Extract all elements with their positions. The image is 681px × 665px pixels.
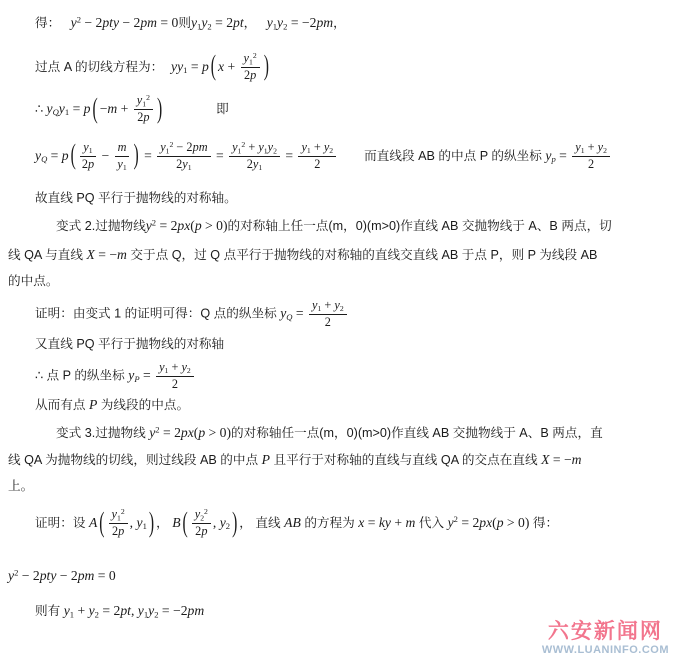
math-var: p <box>250 68 256 82</box>
math-var: pm <box>316 15 333 30</box>
fraction-denominator: 2 <box>586 157 596 173</box>
fraction-denominator: 2y1 <box>174 157 193 173</box>
math-sub: 2 <box>329 146 333 155</box>
text-run: 证明：由变式 1 的证明可得：Q 点的纵坐标 <box>35 307 280 321</box>
doc-line: 上。 <box>0 476 681 497</box>
math-op: , <box>130 515 137 530</box>
math-op: = <box>556 148 571 163</box>
math-paren: ( <box>99 501 104 546</box>
math-fraction: y122p <box>241 51 260 84</box>
text-run: ， <box>156 516 172 530</box>
text-run: 又直线 PQ 平行于抛物线的对称轴 <box>35 337 224 351</box>
math-var: m <box>405 515 415 530</box>
doc-line: ∴ yQy1 = p(−m + y122p)即 <box>0 92 681 127</box>
doc-line: 线 QA 为抛物线的切线，则过线段 AB 的中点 P 且平行于对称轴的直线与直线… <box>0 449 681 471</box>
text-run: 过点 A 的切线方程为： <box>35 59 163 73</box>
math-op: + <box>224 58 239 73</box>
math-op: = − <box>287 15 309 30</box>
fraction-denominator: 2 <box>323 315 333 331</box>
math-op: = <box>141 148 156 163</box>
math-paren: ) <box>133 134 138 179</box>
text-run: ， <box>333 16 346 30</box>
math-num: 2 <box>181 603 188 618</box>
math-var: ky <box>379 515 391 530</box>
math-op: = <box>47 148 62 163</box>
math-sub: 1 <box>89 146 93 155</box>
math-fraction: y222p <box>192 507 211 540</box>
math-op: − <box>173 140 186 154</box>
math-op: − <box>119 15 134 30</box>
text-run: 交于点 Q，过 Q 点平行于抛物线的对称轴的直线交直线 AB 于点 P，则 P … <box>127 248 598 262</box>
math-op: = <box>99 603 114 618</box>
text-run: 变式 2.过抛物线 <box>56 219 146 233</box>
doc-line: 又直线 PQ 平行于抛物线的对称轴 <box>0 334 681 355</box>
text-run: 的对称轴任一点(m，0)(m>0)作直线 AB 交抛物线于 A、B 两点，直 <box>231 426 603 440</box>
math-var: m <box>117 247 127 262</box>
math-num: 0 <box>518 515 525 530</box>
math-sub: 2 <box>340 304 344 313</box>
math-sup: 2 <box>146 93 150 102</box>
math-fraction: y122p <box>109 507 128 540</box>
math-sub: 2 <box>273 146 277 155</box>
text-run: 从而有点 <box>35 398 89 412</box>
math-op: + <box>311 140 324 154</box>
math-sup: 2 <box>204 507 208 516</box>
text-run: 上。 <box>8 479 33 493</box>
math-sub: 2 <box>187 366 191 375</box>
fraction-denominator: 2 <box>170 377 180 393</box>
math-var: m <box>572 452 582 467</box>
math-var: X <box>86 247 94 262</box>
math-var: pt <box>120 603 131 618</box>
math-var: p <box>118 524 124 538</box>
fraction-numerator: y22 <box>192 507 211 524</box>
math-op: + <box>391 515 406 530</box>
math-op: > <box>205 425 220 440</box>
fraction-numerator: y12 + y1y2 <box>229 140 280 157</box>
math-sub: 2 <box>603 146 607 155</box>
math-var: p <box>497 515 504 530</box>
text-run: ∴ <box>35 102 47 116</box>
math-var: px <box>177 218 190 233</box>
math-op: + <box>245 140 258 154</box>
doc-line: 故直线 PQ 平行于抛物线的对称轴。 <box>0 188 681 209</box>
math-num: 0 <box>216 218 223 233</box>
math-num: 2 <box>325 315 331 329</box>
math-op: + <box>585 140 598 154</box>
math-paren: ) <box>264 45 269 90</box>
text-run: 得： <box>529 516 558 530</box>
fraction-denominator: 2p <box>135 110 151 126</box>
math-op: = − <box>158 603 180 618</box>
doc-line: 从而有点 P 为线段的中点。 <box>0 394 681 416</box>
text-run: 线 QA 为抛物线的切线，则过线段 AB 的中点 <box>8 453 262 467</box>
math-op: = <box>364 515 379 530</box>
watermark-logo: 六安新闻网 WWW.LUANINFO.COM <box>542 620 669 657</box>
math-var: AB <box>284 515 301 530</box>
math-fraction: y1 + y22 <box>298 140 336 172</box>
math-var: pt <box>233 15 244 30</box>
math-paren: ) <box>157 87 162 132</box>
math-paren: ( <box>211 45 216 90</box>
math-num: 2 <box>314 157 320 171</box>
math-op: − <box>98 148 113 163</box>
fraction-denominator: 2p <box>242 68 258 84</box>
doc-line: y2 − 2pty − 2pm = 0 <box>0 565 681 586</box>
document-page: 得：y2 − 2pty − 2pm = 0则y1y2 = 2pt，y1y2 = … <box>0 0 681 665</box>
math-num: 2 <box>588 157 594 171</box>
math-op: + <box>168 360 181 374</box>
math-op: − <box>56 568 71 583</box>
doc-line: 证明：设 A(y122p, y1)， B(y222p, y2)， 直线 AB 的… <box>0 506 681 541</box>
math-paren: ) <box>232 501 237 546</box>
text-run: 的对称轴上任一点(m，0)(m>0)作直线 AB 交抛物线于 A、B 两点，切 <box>228 219 612 233</box>
text-run: 的方程为 <box>301 516 358 530</box>
math-paren: ( <box>93 87 98 132</box>
math-var: p <box>202 58 209 73</box>
math-fraction: y1 + y22 <box>572 140 610 172</box>
doc-line: 变式 2.过抛物线y2 = 2px(p > 0)的对称轴上任一点(m，0)(m>… <box>0 215 681 237</box>
math-op: = <box>157 15 172 30</box>
math-var: p <box>88 157 94 171</box>
text-run: 则有 <box>35 604 64 618</box>
text-run: 证明：设 <box>35 516 89 530</box>
math-var: pm <box>193 140 208 154</box>
doc-line: 过点 A 的切线方程为：yy1 = p(x + y122p) <box>0 50 681 85</box>
math-paren: ( <box>71 134 76 179</box>
fraction-denominator: 2p <box>193 524 209 540</box>
text-run: 的中点。 <box>8 274 58 288</box>
text-run: 线 QA 与直线 <box>8 248 86 262</box>
math-var: pty <box>102 15 119 30</box>
fraction-numerator: y1 + y2 <box>298 140 336 157</box>
text-run: 得： <box>35 16 60 30</box>
watermark-title: 六安新闻网 <box>542 620 669 644</box>
math-fraction: y12 + y1y22y1 <box>229 140 280 173</box>
watermark-url: WWW.LUANINFO.COM <box>542 644 669 657</box>
math-op: = <box>187 58 202 73</box>
text-run: 而直线段 AB 的中点 P 的纵坐标 <box>364 149 545 163</box>
math-op: = <box>458 515 473 530</box>
doc-line: 的中点。 <box>0 271 681 292</box>
math-op: + <box>74 603 89 618</box>
text-run: 变式 3.过抛物线 <box>56 426 149 440</box>
math-op: + <box>117 101 132 116</box>
math-var: pty <box>40 568 57 583</box>
math-var: p <box>195 218 202 233</box>
math-var: m <box>107 101 117 116</box>
math-paren: ( <box>183 501 188 546</box>
doc-line: 证明：由变式 1 的证明可得：Q 点的纵坐标 yQ = y1 + y22 <box>0 297 681 331</box>
fraction-numerator: y12 <box>109 507 128 524</box>
math-op: = <box>213 148 228 163</box>
math-var: px <box>479 515 492 530</box>
math-op: = <box>156 218 171 233</box>
text-run: 故直线 PQ 平行于抛物线的对称轴。 <box>35 191 237 205</box>
document-content: 得：y2 − 2pty − 2pm = 0则y1y2 = 2pt，y1y2 = … <box>0 0 681 622</box>
math-op: = − <box>549 452 571 467</box>
fraction-denominator: 2p <box>110 524 126 540</box>
math-var: pm <box>78 568 95 583</box>
math-fraction: y1 + y22 <box>156 360 194 392</box>
math-op: , <box>131 603 138 618</box>
math-sub: 1 <box>123 163 127 172</box>
math-paren: ) <box>149 501 154 546</box>
math-op: > <box>202 218 217 233</box>
math-op: = <box>69 101 84 116</box>
text-run: ∴ 点 P 的纵坐标 <box>35 369 128 383</box>
math-fraction: my1 <box>115 140 130 172</box>
math-var: pm <box>140 15 157 30</box>
math-sub: 2 <box>226 522 230 532</box>
math-fraction: y12p <box>80 140 96 172</box>
fraction-numerator: y1 <box>80 140 95 157</box>
fraction-denominator: y1 <box>115 157 128 173</box>
fraction-denominator: 2 <box>312 157 322 173</box>
math-op: = − <box>95 247 117 262</box>
text-run: 且平行于对称轴的直线与直线 QA 的交点在直线 <box>270 453 541 467</box>
math-op: + <box>321 298 334 312</box>
math-var: pm <box>188 603 205 618</box>
math-op: = <box>140 368 155 383</box>
math-var: p <box>143 110 149 124</box>
math-op: = <box>292 306 307 321</box>
text-run: 即 <box>216 102 229 116</box>
text-run: 为线段的中点。 <box>97 398 189 412</box>
math-var: m <box>118 140 127 154</box>
math-var: p <box>62 148 69 163</box>
math-num: 0 <box>109 568 116 583</box>
math-fraction: y12 − 2pm2y1 <box>157 140 210 173</box>
doc-line: 线 QA 与直线 X = −m 交于点 Q，过 Q 点平行于抛物线的对称轴的直线… <box>0 244 681 266</box>
fraction-numerator: y1 + y2 <box>572 140 610 157</box>
text-run: 则 <box>178 16 191 30</box>
math-op: = <box>160 425 175 440</box>
math-op: = <box>212 15 227 30</box>
math-num: 2 <box>174 425 181 440</box>
math-var: A <box>89 515 97 530</box>
math-var: B <box>172 515 180 530</box>
doc-line: 变式 3.过抛物线 y2 = 2px(p > 0)的对称轴任一点(m，0)(m>… <box>0 422 681 444</box>
doc-line: yQ = p(y12p − my1) = y12 − 2pm2y1 = y12 … <box>0 139 681 174</box>
text-run: ， <box>244 16 257 30</box>
math-fraction: y122p <box>134 93 153 126</box>
math-var: p <box>201 524 207 538</box>
math-var: yy <box>171 58 183 73</box>
math-sub: 1 <box>143 522 147 532</box>
fraction-denominator: 2p <box>80 157 96 173</box>
doc-line: 得：y2 − 2pty − 2pm = 0则y1y2 = 2pt，y1y2 = … <box>0 12 681 34</box>
fraction-denominator: 2y1 <box>245 157 264 173</box>
fraction-numerator: y12 − 2pm <box>157 140 210 157</box>
math-op: = <box>94 568 109 583</box>
math-var: p <box>84 101 91 116</box>
text-run: ， 直线 <box>239 516 284 530</box>
fraction-numerator: y12 <box>241 51 260 68</box>
math-op: > <box>504 515 519 530</box>
doc-line: 则有 y1 + y2 = 2pt, y1y2 = −2pm <box>0 600 681 622</box>
math-sub: 1 <box>258 163 262 172</box>
math-op: = <box>282 148 297 163</box>
math-var: P <box>262 452 270 467</box>
math-sub: 1 <box>188 163 192 172</box>
fraction-numerator: m <box>115 140 130 157</box>
math-var: px <box>181 425 194 440</box>
fraction-numerator: y1 + y2 <box>156 360 194 377</box>
doc-line: ∴ 点 P 的纵坐标 yP = y1 + y22 <box>0 359 681 393</box>
fraction-numerator: y12 <box>134 93 153 110</box>
math-op: , <box>213 515 220 530</box>
text-run: 代入 <box>415 516 447 530</box>
fraction-numerator: y1 + y2 <box>309 298 347 315</box>
math-num: 2 <box>33 568 40 583</box>
math-num: 2 <box>172 377 178 391</box>
math-sup: 2 <box>121 507 125 516</box>
math-op: − <box>18 568 33 583</box>
math-num: 2 <box>71 568 78 583</box>
math-sup: 2 <box>253 51 257 60</box>
math-fraction: y1 + y22 <box>309 298 347 330</box>
math-op: − <box>81 15 96 30</box>
